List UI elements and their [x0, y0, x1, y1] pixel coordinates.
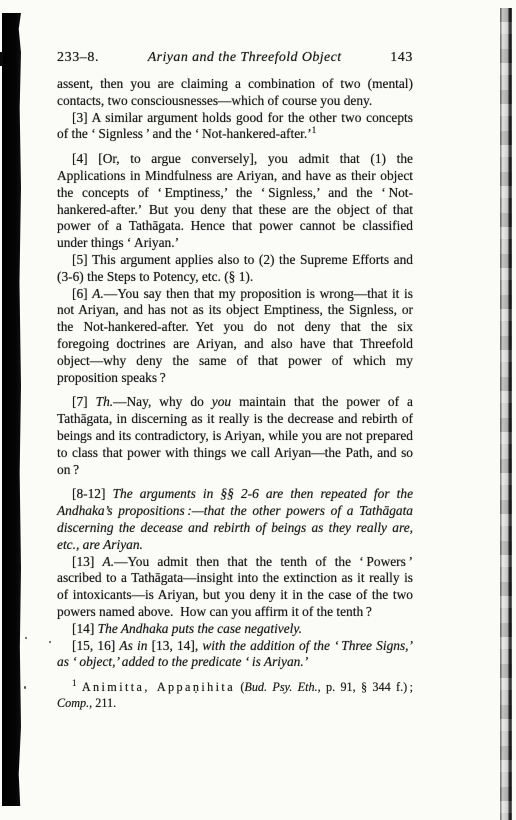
text-run: [13, 14] [152, 638, 195, 653]
text-run: ( [235, 680, 244, 694]
para-4: [4] [Or, to argue conversely], you admit… [57, 151, 413, 252]
header-chapter-title: Ariyan and the Threefold Object [148, 50, 342, 66]
para-3: [3] A similar argument holds good for th… [57, 110, 413, 144]
italic-text: As in [119, 638, 151, 653]
running-header: 233–8. Ariyan and the Threefold Object 1… [57, 50, 413, 66]
text-run: [15, 16] [72, 638, 119, 653]
italic-text: The Andhaka puts the case negatively. [98, 621, 302, 636]
gutter-shadow-bar [2, 13, 21, 806]
footnote-1: 1 Animitta, Appaṇihita (Bud. Psy. Eth., … [57, 680, 413, 711]
text-run: , 211. [89, 696, 116, 710]
text-run: , p. 91, § 344 f.) ; [318, 680, 413, 694]
body-paragraphs: assent, then you are claiming a combinat… [57, 76, 413, 671]
para-intro: assent, then you are claiming a combinat… [57, 76, 413, 110]
text-run: [4] [Or, to argue conversely], you admit… [57, 151, 413, 250]
superscript-marker: 1 [72, 678, 77, 688]
para-5: [5] This argument applies also to (2) th… [57, 252, 413, 286]
text-run: —You say then that my proposition is wro… [57, 286, 413, 385]
italic-text: Bud. Psy. Eth. [244, 680, 317, 694]
footnote-block: 1 Animitta, Appaṇihita (Bud. Psy. Eth., … [57, 680, 413, 711]
para-7: [7] Th.—Nay, why do you maintain that th… [57, 394, 413, 478]
text-run: [6] [72, 286, 92, 301]
italic-text: Comp. [57, 696, 89, 710]
para-15-16: [15, 16] As in [13, 14], with the additi… [57, 638, 413, 672]
header-page-number: 143 [390, 50, 413, 66]
page-text-column: assent, then you are claiming a combinat… [57, 76, 413, 711]
italic-text: A. [103, 554, 115, 569]
text-run: assent, then you are claiming a combinat… [57, 76, 413, 108]
text-run: [14] [72, 621, 98, 636]
italic-text: you [212, 394, 231, 409]
spaced-term: Animitta, Appaṇihita [82, 680, 235, 694]
para-8-12: [8-12] The arguments in §§ 2-6 are then … [57, 486, 413, 553]
text-run: —Nay, why do [113, 394, 212, 409]
italic-text: A. [92, 286, 104, 301]
italic-text: Th. [96, 394, 114, 409]
para-14: [14] The Andhaka puts the case negativel… [57, 621, 413, 638]
para-13: [13] A.—You admit then that the tenth of… [57, 554, 413, 621]
text-run: [13] [72, 554, 103, 569]
superscript-marker: 1 [312, 125, 317, 135]
text-run: [5] This argument applies also to (2) th… [57, 252, 413, 284]
header-section-numbers: 233–8. [57, 50, 99, 66]
scan-speck [24, 686, 26, 689]
scan-speck [25, 637, 27, 639]
page-edge-notch [0, 52, 3, 66]
page-edge-scan-lines [500, 8, 512, 820]
scan-speck [49, 641, 51, 643]
para-6: [6] A.—You say then that my proposition … [57, 286, 413, 387]
text-run: [3] A similar argument holds good for th… [57, 110, 413, 142]
text-run: [7] [72, 394, 96, 409]
text-run: [8-12] [72, 486, 113, 501]
